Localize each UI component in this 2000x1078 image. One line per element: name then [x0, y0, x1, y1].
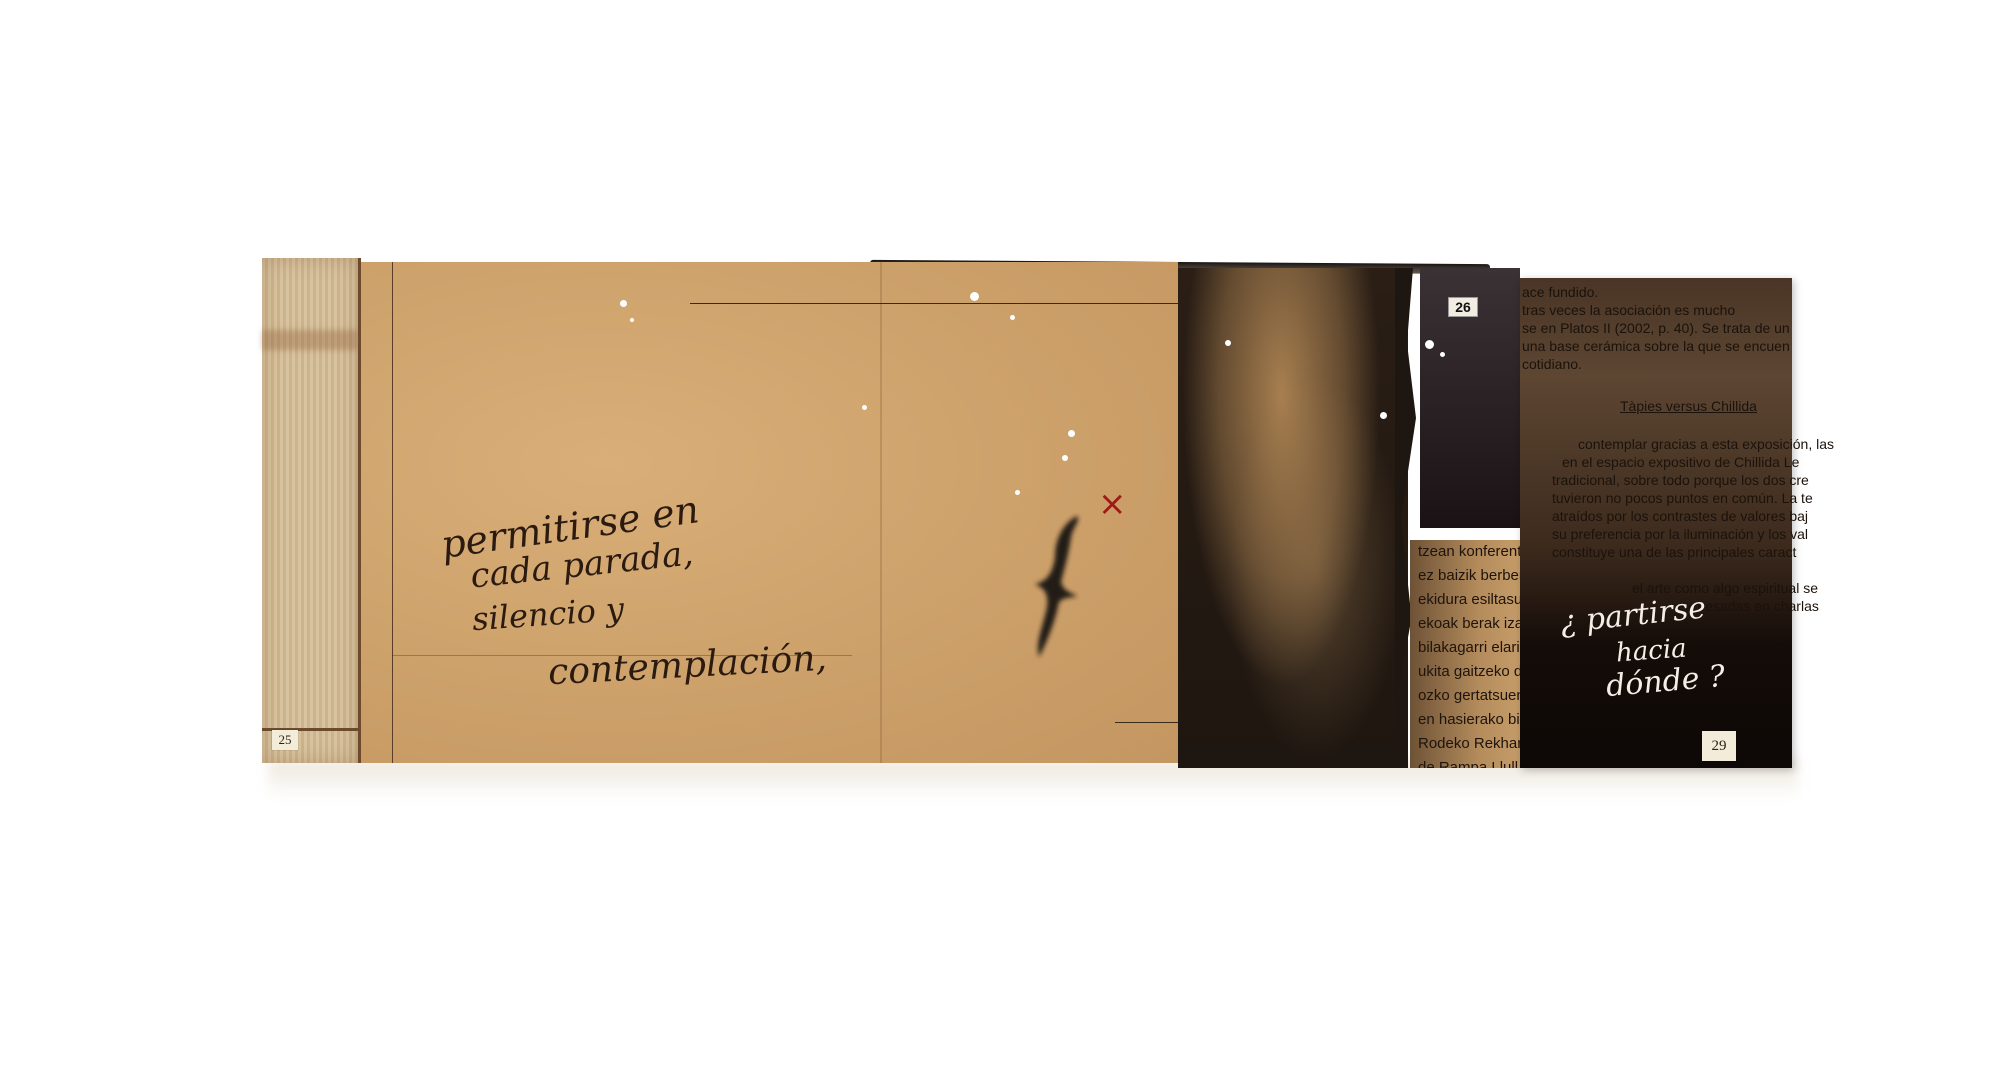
- article-text-line: su preferencia por la iluminación y los …: [1522, 526, 1820, 542]
- strip-text-line: de Rampa Llull (Tà: [1410, 756, 1525, 768]
- paint-splatter: [1068, 430, 1075, 437]
- strip-text-line: ozko gertatsuenet: [1410, 684, 1525, 708]
- article-text-line: el arte como algo espiritual se: [1522, 580, 1900, 596]
- paint-splatter: [630, 318, 634, 322]
- page-number-29: 29: [1702, 731, 1736, 761]
- page-number-25: 25: [272, 730, 298, 750]
- article-text-line: en el espacio expositivo de Chillida Le: [1522, 454, 1830, 470]
- paint-splatter: [620, 300, 627, 307]
- page-fold: [880, 262, 882, 763]
- strip-text-line: ukita gaitzeko dueu: [1410, 660, 1525, 684]
- page-number-26: 26: [1448, 297, 1478, 317]
- handwriting-line: silencio y: [471, 593, 625, 636]
- article-text-line: ace fundido.: [1522, 284, 1790, 300]
- article-text-line: atraídos por los contrastes de valores b…: [1522, 508, 1820, 524]
- paint-splatter: [1225, 340, 1231, 346]
- article-section-title: Tàpies versus Chillida: [1620, 398, 1757, 414]
- strip-text-line: tzean konferentzieta: [1410, 540, 1525, 564]
- article-text-line: contemplar gracias a esta exposición, la…: [1522, 436, 1846, 452]
- strip-text-line: Rodeko Rekhart, Jo: [1410, 732, 1525, 756]
- paint-splatter: [970, 292, 979, 301]
- paint-splatter: [1010, 315, 1015, 320]
- right-bottom-rule: [1115, 722, 1180, 723]
- paint-splatter: [1015, 490, 1020, 495]
- strip-text-line: en hasierako biturik,: [1410, 708, 1525, 732]
- paint-splatter: [1425, 340, 1434, 349]
- strip-text-line: ekoak berak izan: [1410, 612, 1525, 636]
- paint-splatter: [1440, 352, 1445, 357]
- basque-text-strip: tzean konferentzieta ez baizik berbertan…: [1410, 540, 1525, 768]
- article-text-line: tradicional, sobre todo porque los dos c…: [1522, 472, 1820, 488]
- paint-splatter: [1062, 455, 1068, 461]
- spine-stain: [262, 330, 358, 350]
- strip-text-line: ekidura esiltasun-t: [1410, 588, 1525, 612]
- bird-silhouette-icon: [1025, 512, 1085, 662]
- margin-line: [392, 262, 393, 763]
- red-cross-mark: ×: [1098, 484, 1127, 524]
- top-rule: [690, 303, 1180, 304]
- paint-splatter: [862, 405, 867, 410]
- article-text-line: se en Platos II (2002, p. 40). Se trata …: [1522, 320, 1790, 336]
- article-text-line: tuvieron no pocos puntos en común. La te: [1522, 490, 1820, 506]
- paint-splatter: [1380, 412, 1387, 419]
- article-text-line: cotidiano.: [1522, 356, 1790, 372]
- article-text-line: una base cerámica sobre la que se encuen…: [1522, 338, 1790, 354]
- article-text-line: tras veces la asociación es mucho: [1522, 302, 1790, 318]
- tree-photograph: [1178, 268, 1408, 768]
- strip-text-line: ez baizik berbertan: [1410, 564, 1525, 588]
- article-text-line: constituye una de las principales caract: [1522, 544, 1820, 560]
- strip-text-line: bilakagarri elari n: [1410, 636, 1525, 660]
